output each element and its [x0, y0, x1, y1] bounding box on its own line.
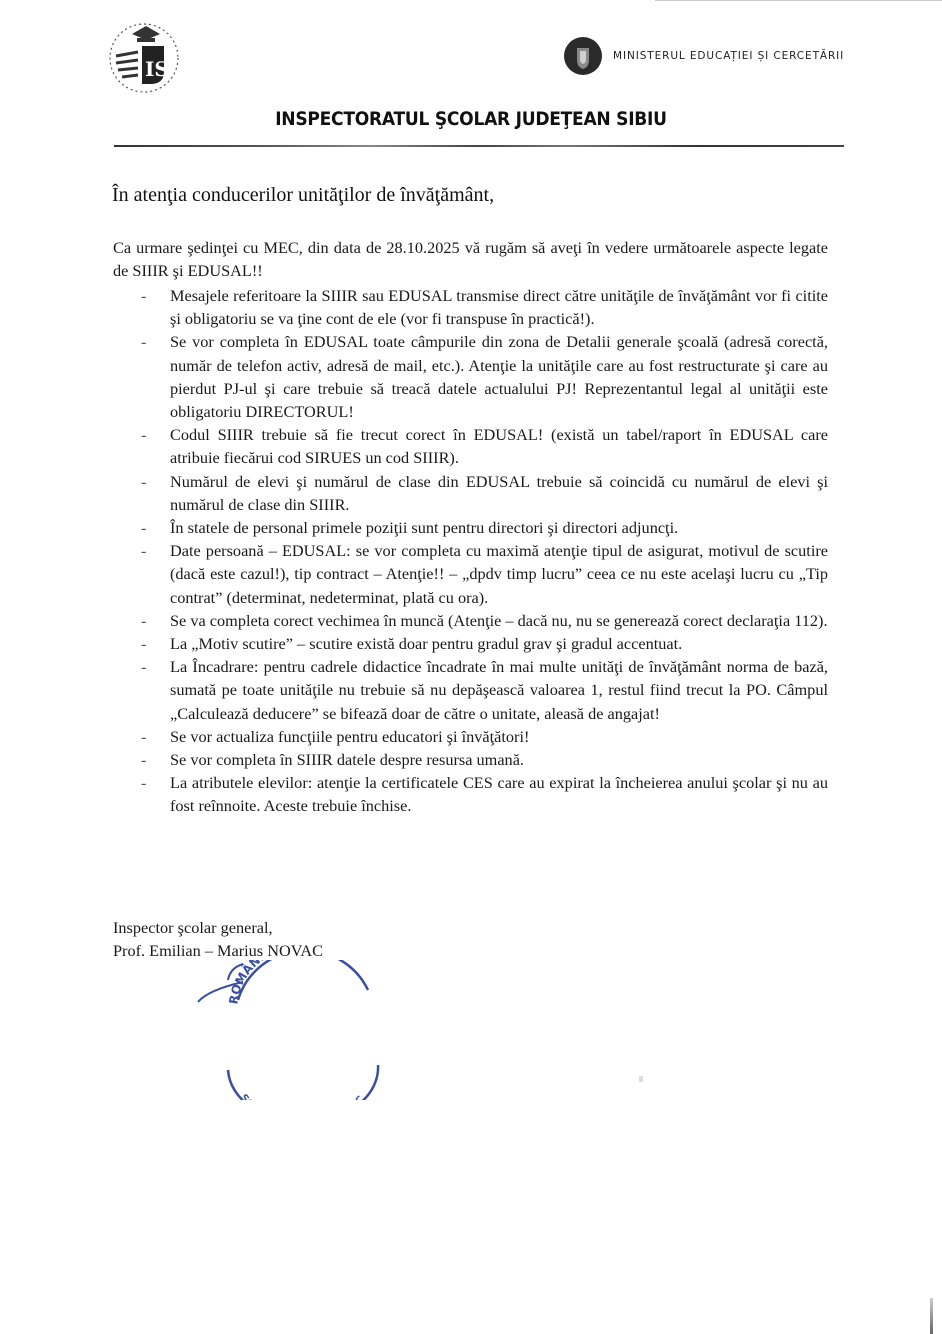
list-item-text: Date persoană – EDUSAL: se vor completa …	[170, 541, 828, 606]
list-item-text: Codul SIIIR trebuie să fie trecut corect…	[170, 425, 828, 467]
list-item-text: Mesajele referitoare la SIIIR sau EDUSAL…	[170, 286, 828, 328]
list-item-text: La Încadrare: pentru cadrele didactice î…	[170, 657, 828, 722]
list-item: -Se vor actualiza funcţiile pentru educa…	[113, 725, 828, 748]
list-item: -Se va completa corect vechimea în muncă…	[113, 609, 828, 632]
bullet-dash: -	[141, 771, 146, 794]
bullet-dash: -	[141, 284, 146, 307]
bullet-dash: -	[141, 632, 146, 655]
list-item-text: La atributele elevilor: atenţie la certi…	[170, 773, 828, 815]
scan-edge-mark	[930, 1298, 933, 1334]
ministry-header: MINISTERUL EDUCAȚIEI ȘI CERCETĂRII	[563, 36, 844, 76]
list-item: -Numărul de elevi şi numărul de clase di…	[113, 470, 828, 516]
bullet-dash: -	[141, 725, 146, 748]
title-divider	[114, 145, 844, 147]
list-item: -Se vor completa în EDUSAL toate câmpuri…	[113, 330, 828, 423]
signature-block: Inspector şcolar general, Prof. Emilian …	[113, 917, 323, 962]
coat-of-arms-icon	[563, 36, 603, 76]
bullet-dash: -	[141, 748, 146, 771]
ministry-name: MINISTERUL EDUCAȚIEI ȘI CERCETĂRII	[613, 50, 844, 62]
document-title: INSPECTORATUL ŞCOLAR JUDEŢEAN SIBIU	[47, 108, 895, 130]
list-item-text: La „Motiv scutire” – scutire există doar…	[170, 634, 682, 653]
intro-paragraph: Ca urmare şedinţei cu MEC, din data de 2…	[113, 237, 828, 282]
list-item: -La „Motiv scutire” – scutire există doa…	[113, 632, 828, 655]
list-item: -Date persoană – EDUSAL: se vor completa…	[113, 539, 828, 609]
scan-speck	[639, 1076, 643, 1082]
svg-text:IS: IS	[145, 57, 169, 81]
bullet-dash: -	[141, 609, 146, 632]
svg-text:ŞCOLAR · EDUCAŢIEI ŞI C: ŞCOLAR · EDUCAŢIEI ŞI C	[238, 1092, 367, 1100]
instructions-list: -Mesajele referitoare la SIIIR sau EDUSA…	[113, 284, 828, 818]
bullet-dash: -	[141, 655, 146, 678]
bullet-dash: -	[141, 423, 146, 446]
list-item: -La Încadrare: pentru cadrele didactice …	[113, 655, 828, 725]
bullet-dash: -	[141, 539, 146, 562]
list-item: -Mesajele referitoare la SIIIR sau EDUSA…	[113, 284, 828, 330]
greeting: În atenţia conducerilor unităţilor de în…	[112, 184, 494, 207]
list-item-text: Numărul de elevi şi numărul de clase din…	[170, 472, 828, 514]
list-item-text: Se vor completa în SIIIR datele despre r…	[170, 750, 524, 769]
list-item-text: În statele de personal primele poziţii s…	[170, 518, 678, 537]
list-item: -La atributele elevilor: atenţie la cert…	[113, 771, 828, 817]
signatory-name: Prof. Emilian – Marius NOVAC	[113, 940, 323, 963]
bullet-dash: -	[141, 470, 146, 493]
signatory-role: Inspector şcolar general,	[113, 917, 323, 940]
list-item: -Se vor completa în SIIIR datele despre …	[113, 748, 828, 771]
svg-text:ROMÂNIA: ROMÂNIA	[226, 960, 275, 1005]
list-item: -Codul SIIIR trebuie să fie trecut corec…	[113, 423, 828, 469]
bullet-dash: -	[141, 330, 146, 353]
bullet-dash: -	[141, 516, 146, 539]
isj-logo-icon: IS	[104, 16, 184, 96]
list-item-text: Se va completa corect vechimea în muncă …	[170, 611, 828, 630]
list-item-text: Se vor actualiza funcţiile pentru educat…	[170, 727, 529, 746]
list-item-text: Se vor completa în EDUSAL toate câmpuril…	[170, 332, 828, 421]
official-stamp-icon: ROMÂNIA ŞCOLAR · EDUCAŢIEI ŞI C	[188, 960, 388, 1100]
scan-edge-line	[655, 0, 942, 1]
list-item: -În statele de personal primele poziţii …	[113, 516, 828, 539]
